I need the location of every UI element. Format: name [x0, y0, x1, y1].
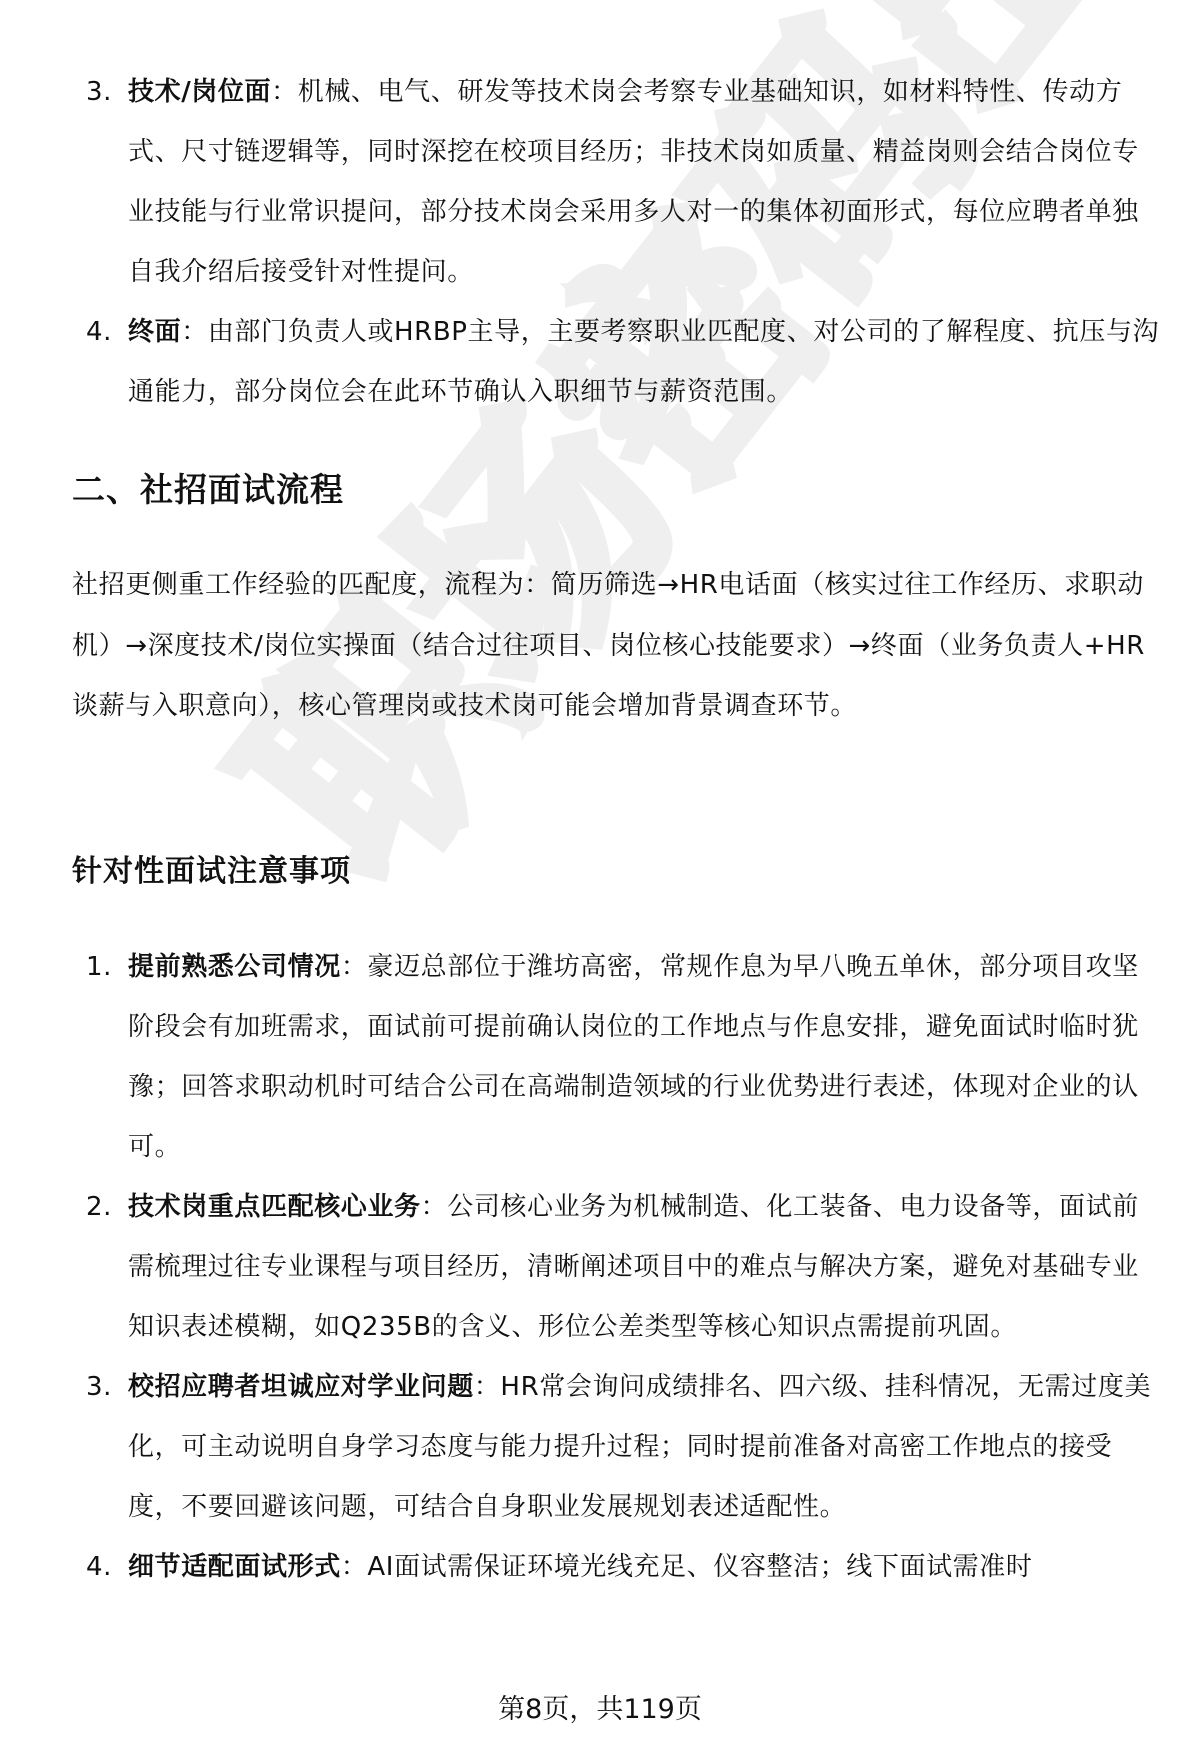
- list-item: 1. 提前熟悉公司情况：豪迈总部位于潍坊高密，常规作息为早八晚五单休，部分项目攻…: [0, 937, 1200, 1177]
- list-item-separator: ：: [181, 317, 208, 347]
- list-item-term: 细节适配面试形式: [128, 1552, 341, 1582]
- list-number: 2.: [86, 1177, 112, 1237]
- list-item-text: 由部门负责人或HRBP主导，主要考察职业匹配度、对公司的了解程度、抗压与沟通能力…: [128, 317, 1159, 407]
- list-number: 3.: [86, 1357, 112, 1417]
- list-item-text: 豪迈总部位于潍坊高密，常规作息为早八晚五单休，部分项目攻坚阶段会有加班需求，面试…: [128, 952, 1139, 1162]
- section-heading: 二、社招面试流程: [72, 468, 344, 512]
- list-number: 3.: [86, 62, 112, 122]
- list-item-separator: ：: [341, 1552, 368, 1582]
- list-item-separator: ：: [271, 77, 298, 107]
- list-number: 4.: [86, 302, 112, 362]
- list-item: 4. 终面：由部门负责人或HRBP主导，主要考察职业匹配度、对公司的了解程度、抗…: [0, 302, 1200, 422]
- page-indicator: 第8页，共119页: [498, 1694, 702, 1725]
- page-footer: 第8页，共119页: [0, 1690, 1200, 1730]
- list-item-term: 技术岗重点匹配核心业务: [128, 1192, 421, 1222]
- list-item: 2. 技术岗重点匹配核心业务：公司核心业务为机械制造、化工装备、电力设备等，面试…: [0, 1177, 1200, 1357]
- list-number: 1.: [86, 937, 112, 997]
- list-item-term: 终面: [128, 317, 181, 347]
- list-item-text: AI面试需保证环境光线充足、仪容整洁；线下面试需准时: [367, 1552, 1032, 1582]
- list-item-term: 提前熟悉公司情况: [128, 952, 341, 982]
- list-item: 3. 技术/岗位面：机械、电气、研发等技术岗会考察专业基础知识，如材料特性、传动…: [0, 62, 1200, 302]
- list-item-separator: ：: [474, 1372, 501, 1402]
- list-item-term: 技术/岗位面: [128, 77, 271, 107]
- tips-list: 1. 提前熟悉公司情况：豪迈总部位于潍坊高密，常规作息为早八晚五单休，部分项目攻…: [0, 937, 1200, 1597]
- list-item-text: 机械、电气、研发等技术岗会考察专业基础知识，如材料特性、传动方式、尺寸链逻辑等，…: [128, 77, 1139, 287]
- interview-process-list: 3. 技术/岗位面：机械、电气、研发等技术岗会考察专业基础知识，如材料特性、传动…: [0, 62, 1200, 422]
- list-item: 3. 校招应聘者坦诚应对学业问题：HR常会询问成绩排名、四六级、挂科情况，无需过…: [0, 1357, 1200, 1537]
- subsection-heading: 针对性面试注意事项: [72, 852, 351, 892]
- list-number: 4.: [86, 1537, 112, 1597]
- list-item: 4. 细节适配面试形式：AI面试需保证环境光线充足、仪容整洁；线下面试需准时: [0, 1537, 1200, 1597]
- section-paragraph: 社招更侧重工作经验的匹配度，流程为：简历筛选→HR电话面（核实过往工作经历、求职…: [72, 555, 1152, 737]
- list-item-separator: ：: [421, 1192, 448, 1222]
- document-page: 3. 技术/岗位面：机械、电气、研发等技术岗会考察专业基础知识，如材料特性、传动…: [0, 0, 1200, 1755]
- list-item-separator: ：: [341, 952, 368, 982]
- list-item-term: 校招应聘者坦诚应对学业问题: [128, 1372, 474, 1402]
